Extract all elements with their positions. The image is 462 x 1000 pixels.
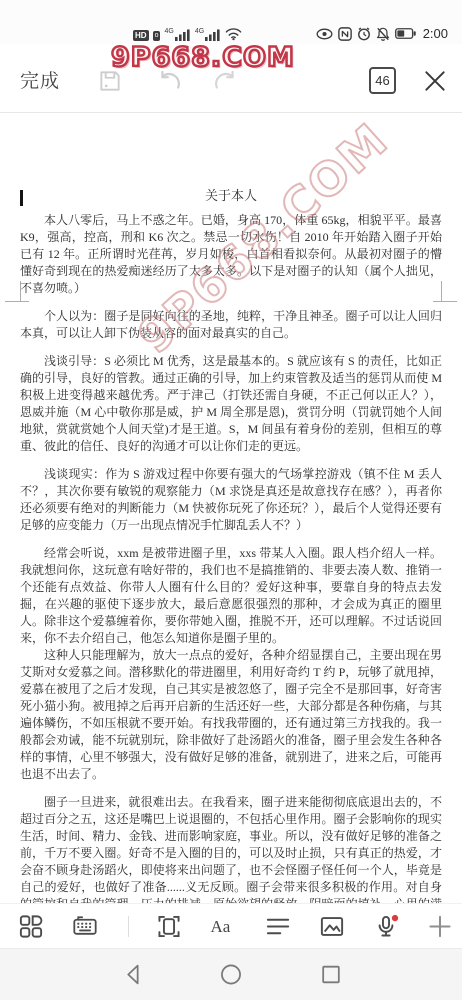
status-icons-right: 2:00: [316, 26, 448, 41]
signal-4g-icon: 4G: [164, 27, 190, 41]
doc-paragraph[interactable]: 经常会听说，xxm 是被带进圈子里，xxs 带某人入圈。跟人档介绍人一样。我就想…: [20, 545, 442, 647]
document-page[interactable]: 关于本人 本人八零后，马上不惑之年。已婚，身高 170，体重 65kg，相貌平平…: [0, 113, 462, 903]
font-settings-icon[interactable]: Aa: [211, 913, 238, 940]
alarm-icon: [357, 27, 371, 41]
keyboard-icon[interactable]: [72, 913, 99, 940]
battery-icon: [395, 28, 416, 39]
doc-paragraph[interactable]: 个人以为：圈子是同好向往的圣地，纯粹，干净且神圣。圈子可以让人回归本真，可以让人…: [20, 308, 442, 342]
doc-paragraph[interactable]: 这种人只能理解为，放大一点点的爱好，各种介绍显摆自己，主要出现在男艾斯对女爱慕之…: [20, 647, 442, 783]
signal-type-label: 4G: [195, 28, 204, 35]
format-toolbar: Aa: [0, 903, 462, 948]
document-body[interactable]: 本人八零后，马上不惑之年。已婚，身高 170，体重 65kg，相貌平平。最喜 K…: [20, 212, 442, 903]
eye-comfort-icon: [316, 28, 333, 40]
doc-paragraph[interactable]: 浅谈现实：作为 S 游戏过程中你要有强大的气场掌控游戏（镇不住 M 丢人不？，其…: [20, 466, 442, 534]
revision-count-badge[interactable]: 46: [369, 67, 396, 94]
voice-input-icon[interactable]: [373, 913, 400, 940]
undo-icon[interactable]: [157, 68, 183, 94]
doc-paragraph[interactable]: 浅谈引导：S 必须比 M 优秀，这是最基本的。S 就应该有 S 的责任，比如正确…: [20, 353, 442, 455]
nav-home-icon[interactable]: [219, 962, 244, 987]
volte-icon: o: [153, 31, 161, 41]
document-title[interactable]: 关于本人: [0, 185, 462, 204]
paragraph-align-icon[interactable]: [265, 913, 292, 940]
wps-editor-screen: HD o 4G 4G: [0, 0, 462, 1000]
editor-toolbar: 完成 46: [0, 44, 462, 113]
mute-icon: [376, 27, 390, 41]
nav-back-icon[interactable]: [122, 962, 147, 987]
status-icons-left: HD o 4G 4G: [133, 27, 242, 41]
nav-recents-icon[interactable]: [319, 962, 344, 987]
tools-grid-icon[interactable]: [18, 913, 45, 940]
toolbar-divider: [128, 916, 129, 937]
signal-4g-icon: 4G: [195, 27, 221, 41]
font-settings-label: Aa: [211, 917, 231, 936]
doc-paragraph[interactable]: 圈子一旦进来，就很难出去。在我看来，圈子进来能彻彻底底退出去的，不超过百分之五，…: [20, 794, 442, 903]
nfc-icon: [338, 27, 352, 41]
android-nav-bar: [0, 948, 462, 1000]
redo-icon[interactable]: [212, 68, 238, 94]
status-bar: HD o 4G 4G: [0, 0, 462, 44]
clock-time: 2:00: [423, 26, 448, 41]
hd-icon: HD: [133, 30, 149, 41]
view-mode-icon[interactable]: [156, 913, 183, 940]
done-button[interactable]: 完成: [20, 66, 60, 93]
signal-type-label: 4G: [164, 28, 173, 35]
save-icon[interactable]: [97, 68, 123, 94]
insert-image-icon[interactable]: [319, 913, 346, 940]
add-icon[interactable]: [427, 913, 454, 940]
doc-paragraph[interactable]: 本人八零后，马上不惑之年。已婚，身高 170，体重 65kg，相貌平平。最喜 K…: [20, 212, 442, 297]
close-icon[interactable]: [422, 68, 448, 94]
wifi-icon: [225, 27, 242, 41]
